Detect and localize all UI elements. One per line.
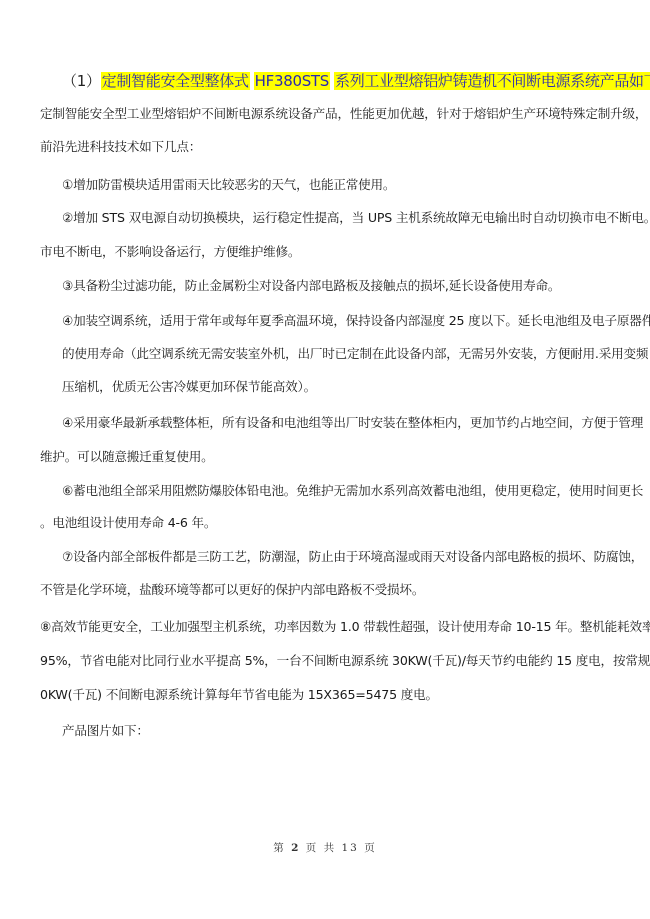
heading-highlight-2: 系列工业型熔铝炉铸造机不间断电源系统产品如下： (334, 72, 650, 90)
feature-4-line-3: 压缩机，优质无公害冷媒更加环保节能高效）。 (62, 379, 316, 395)
product-images-label: 产品图片如下： (62, 723, 149, 739)
footer-middle: 页 共 (306, 842, 336, 854)
footer-suffix: 页 (364, 842, 377, 854)
feature-7-line-2: 不管是化学环境，盐酸环境等都可以更好的保护内部电路板不受损坏。 (40, 582, 424, 598)
feature-5-line-2: 维护。可以随意搬迁重复使用。 (40, 449, 214, 465)
page-footer: 第 2 页 共 13 页 (0, 840, 650, 855)
feature-5-line-1: ④采用豪华最新承载整体柜，所有设备和电池组等出厂时安装在整体柜内，更加节约占地空… (62, 415, 643, 431)
feature-8-line-2: 95%，节省电能对比同行业水平提高 5%，一台不间断电源系统 30KW(千瓦)/… (40, 653, 650, 669)
feature-4-line-2: 的使用寿命（此空调系统无需安装室外机，出厂时已定制在此设备内部，无需另外安装，方… (62, 346, 648, 362)
intro-line-1: 定制智能安全型工业型熔铝炉不间断电源系统设备产品，性能更加优越，针对于熔铝炉生产… (40, 106, 647, 122)
heading-highlight-model: HF380STS (254, 72, 330, 90)
feature-1-line-1: ①增加防雷模块适用雷雨天比较恶劣的天气，也能正常使用。 (62, 177, 395, 193)
feature-4-line-1: ④加装空调系统，适用于常年或每年夏季高温环境，保持设备内部湿度 25 度以下。延… (62, 313, 650, 329)
current-page-number: 2 (291, 842, 300, 854)
footer-prefix: 第 (273, 842, 286, 854)
feature-8-line-1: ⑧高效节能更安全，工业加强型主机系统，功率因数为 1.0 带载性超强，设计使用寿… (40, 619, 650, 635)
heading-number: （1） (62, 72, 101, 90)
intro-line-2: 前沿先进科技技术如下几点： (40, 139, 201, 155)
document-page: （1）定制智能安全型整体式HF380STS系列工业型熔铝炉铸造机不间断电源系统产… (0, 0, 650, 919)
feature-2-line-2: 市电不断电，不影响设备运行，方便维护维修。 (40, 244, 300, 260)
feature-6-line-2: 。电池组设计使用寿命 4-6 年。 (40, 515, 216, 531)
heading-highlight-1: 定制智能安全型整体式 (101, 72, 250, 90)
feature-6-line-1: ⑥蓄电池组全部采用阻燃防爆胶体铅电池。免维护无需加水系列高效蓄电池组，使用更稳定… (62, 483, 643, 499)
total-pages-number: 13 (341, 842, 358, 854)
feature-8-line-3: 0KW(千瓦) 不间断电源系统计算每年节省电能为 15X365=5475 度电。 (40, 687, 438, 703)
feature-3-line-1: ③具备粉尘过滤功能，防止金属粉尘对设备内部电路板及接触点的损坏,延长设备使用寿命… (62, 278, 560, 294)
feature-2-line-1: ②增加 STS 双电源自动切换模块，运行稳定性提高，当 UPS 主机系统故障无电… (62, 210, 650, 226)
section-heading: （1）定制智能安全型整体式HF380STS系列工业型熔铝炉铸造机不间断电源系统产… (62, 71, 650, 91)
feature-7-line-1: ⑦设备内部全部板件都是三防工艺，防潮湿，防止由于环境高湿或雨天对设备内部电路板的… (62, 549, 643, 565)
